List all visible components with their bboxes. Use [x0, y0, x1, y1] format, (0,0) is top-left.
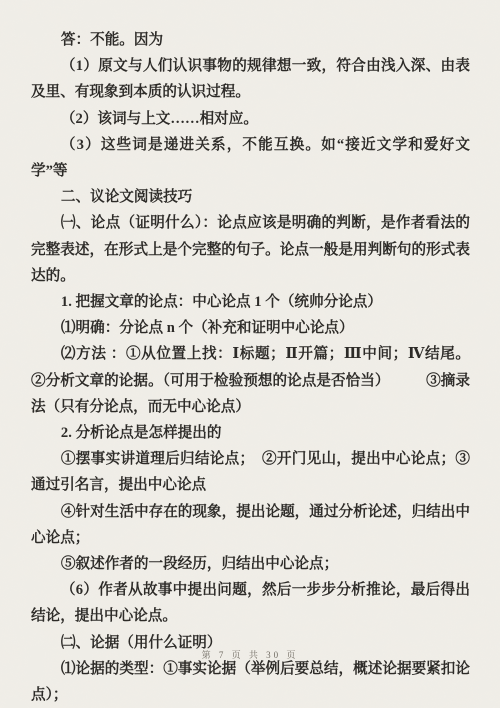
- answer-line: 答：不能。因为: [31, 27, 470, 53]
- point-grasp-line: 1. 把握文章的论点：中心论点 1 个（统帅分论点）: [31, 289, 470, 315]
- method-clarify-line: ⑴明确：分论点 n 个（补充和证明中心论点）: [31, 315, 470, 341]
- analyze-heading: 2. 分析论点是怎样提出的: [31, 420, 470, 446]
- section-heading: 二、议论文阅读技巧: [31, 184, 470, 210]
- document-page: 答：不能。因为 （1）原文与人们认识事物的规律想一致，符合由浅入深、由表及里、有…: [0, 0, 500, 708]
- lunju-types-line: ⑴论据的类型：①事实论据（举例后要总结，概述论据要紧扣论点）；: [31, 656, 470, 708]
- propose-method-6: （6）作者从故事中提出问题，然后一步步分析推论，最后得出结论，提出中心论点。: [31, 577, 470, 629]
- reason-item-2: （2）该词与上文……相对应。: [31, 106, 470, 132]
- method-find-line: ⑵方法 ：①从位置上找：Ⅰ标题；Ⅱ开篇；Ⅲ中间；Ⅳ结尾。 ②分析文章的论据。（可…: [31, 341, 470, 420]
- propose-method-5: ⑤叙述作者的一段经历，归结出中心论点；: [31, 551, 470, 577]
- subsection-lundian: ㈠、论点（证明什么）：论点应该是明确的判断，是作者看法的完整表述，在形式上是个完…: [31, 210, 470, 289]
- propose-method-4: ④针对生活中存在的现象，提出论题，通过分析论述，归结出中心论点；: [31, 499, 470, 551]
- page-footer: 第 7 页 共 30 页: [0, 648, 500, 661]
- document-content: 答：不能。因为 （1）原文与人们认识事物的规律想一致，符合由浅入深、由表及里、有…: [31, 27, 470, 708]
- reason-item-1: （1）原文与人们认识事物的规律想一致，符合由浅入深、由表及里、有现象到本质的认识…: [31, 53, 470, 105]
- reason-item-3: （3）这些词是递进关系，不能互换。如“接近文学和爱好文学”等: [31, 132, 470, 184]
- propose-methods-1-3: ①摆事实讲道理后归结论点； ②开门见山，提出中心论点；③通过引名言，提出中心论点: [31, 446, 470, 498]
